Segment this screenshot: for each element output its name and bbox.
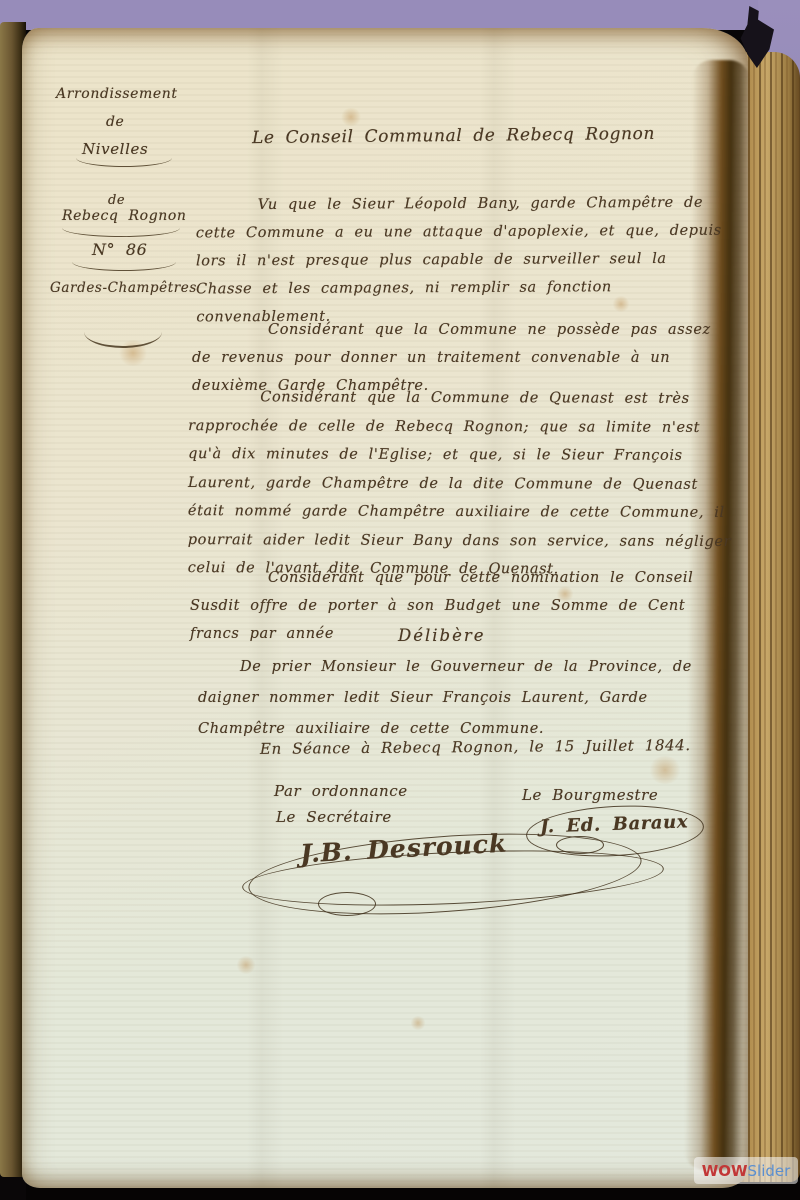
- paragraph-considerant-2: Considérant que la Commune de Quenast es…: [188, 383, 733, 584]
- secretary-title: Le Secrétaire: [276, 808, 392, 826]
- margin-note-nivelles: Nivelles: [82, 140, 148, 158]
- closing-ordinance-label: Par ordonnance: [274, 782, 408, 800]
- margin-flourish-arc: [84, 316, 162, 348]
- photo-of-register-page: Arrondissement de Nivelles de Rebecq Rog…: [0, 0, 800, 1200]
- foxing-spot: [340, 108, 362, 126]
- margin-note-rebecq-rognon: Rebecq Rognon: [62, 208, 187, 224]
- deliberation-heading: Délibère: [398, 626, 486, 645]
- foxing-spot: [410, 1016, 426, 1030]
- mayor-title: Le Bourgmestre: [522, 786, 658, 804]
- margin-note-gardes-champetres: Gardes-Champêtres: [50, 280, 197, 296]
- margin-note-de: de: [106, 114, 124, 130]
- paragraph-resolution: De prier Monsieur le Gouverneur de la Pr…: [198, 652, 706, 745]
- document-title: Le Conseil Communal de Rebecq Rognon: [252, 124, 655, 148]
- margin-note-arrondissement: Arrondissement: [56, 86, 178, 102]
- mayor-signature-flourish: [556, 836, 604, 854]
- paragraph-vu-que: Vu que le Sieur Léopold Bany, garde Cham…: [196, 189, 725, 332]
- wowslider-watermark[interactable]: WOWSlider: [694, 1157, 798, 1184]
- watermark-text-slider: Slider: [748, 1162, 791, 1180]
- foxing-spot: [648, 756, 682, 784]
- watermark-text-wow: WOW: [702, 1162, 748, 1180]
- background-wall-top: [0, 0, 800, 30]
- dateline: En Séance à Rebecq Rognon, le 15 Juillet…: [260, 736, 691, 758]
- foxing-spot: [236, 956, 256, 974]
- margin-note-number: N° 86: [92, 240, 147, 259]
- margin-note-de-2: de: [108, 193, 125, 208]
- secretary-signature-flourish: [318, 892, 376, 916]
